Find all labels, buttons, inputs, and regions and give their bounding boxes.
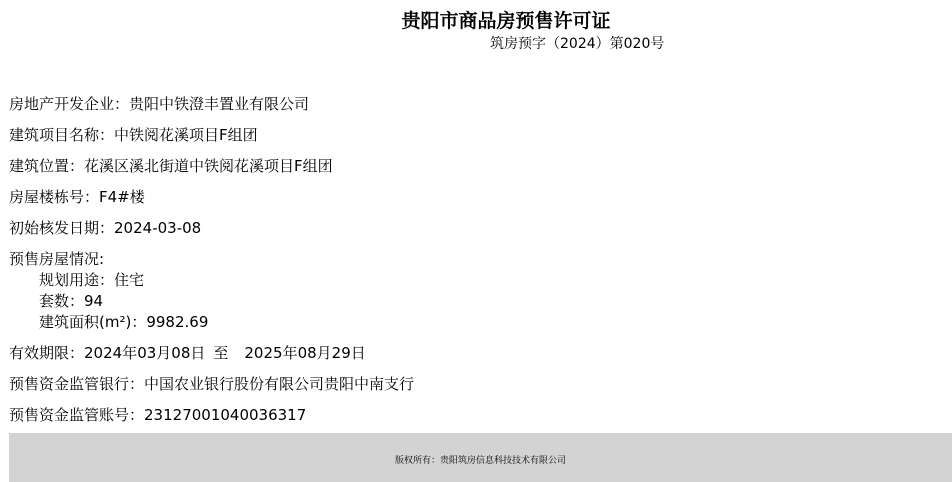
building-no-label: 房屋楼栋号： — [9, 188, 99, 206]
units-row: 套数：94 — [39, 290, 103, 311]
issue-date-label: 初始核发日期： — [9, 219, 114, 237]
account-value: 23127001040036317 — [144, 406, 306, 424]
bank-label: 预售资金监管银行： — [9, 375, 144, 393]
building-no-value: F4#楼 — [99, 188, 145, 206]
usage-row: 规划用途：住宅 — [39, 269, 144, 290]
bank-value: 中国农业银行股份有限公司贵阳中南支行 — [144, 375, 414, 393]
area-value: 9982.69 — [146, 313, 208, 331]
project-name-value: 中铁阅花溪项目F组团 — [114, 126, 258, 144]
permit-number: 筑房预字（2024）第020号 — [490, 33, 664, 53]
validity-separator: 至 — [213, 344, 228, 362]
units-value: 94 — [84, 292, 103, 310]
footer: 版权所有：贵阳筑房信息科技技术有限公司 — [9, 433, 952, 482]
project-name-row: 建筑项目名称：中铁阅花溪项目F组团 — [9, 124, 258, 145]
bank-row: 预售资金监管银行：中国农业银行股份有限公司贵阳中南支行 — [9, 373, 414, 394]
location-value: 花溪区溪北街道中铁阅花溪项目F组团 — [84, 157, 333, 175]
validity-label: 有效期限： — [9, 344, 84, 362]
building-no-row: 房屋楼栋号：F4#楼 — [9, 186, 145, 207]
developer-label: 房地产开发企业： — [9, 95, 129, 113]
validity-end: 2025年08月29日 — [244, 344, 365, 362]
copyright-text: 版权所有：贵阳筑房信息科技技术有限公司 — [9, 453, 952, 466]
area-label: 建筑面积(m²)： — [39, 313, 146, 331]
usage-value: 住宅 — [114, 271, 144, 289]
developer-value: 贵阳中铁澄丰置业有限公司 — [129, 95, 309, 113]
location-label: 建筑位置： — [9, 157, 84, 175]
issue-date-row: 初始核发日期：2024-03-08 — [9, 217, 201, 238]
page-title: 贵阳市商品房预售许可证 — [0, 6, 952, 33]
validity-start: 2024年03月08日 — [84, 344, 205, 362]
area-row: 建筑面积(m²)：9982.69 — [39, 311, 208, 332]
project-name-label: 建筑项目名称： — [9, 126, 114, 144]
developer-row: 房地产开发企业：贵阳中铁澄丰置业有限公司 — [9, 93, 309, 114]
location-row: 建筑位置：花溪区溪北街道中铁阅花溪项目F组团 — [9, 155, 333, 176]
validity-row: 有效期限：2024年03月08日至2025年08月29日 — [9, 342, 366, 363]
units-label: 套数： — [39, 292, 84, 310]
presale-status-label: 预售房屋情况: — [9, 248, 104, 269]
account-label: 预售资金监管账号： — [9, 406, 144, 424]
issue-date-value: 2024-03-08 — [114, 219, 201, 237]
account-row: 预售资金监管账号：23127001040036317 — [9, 404, 306, 425]
usage-label: 规划用途： — [39, 271, 114, 289]
